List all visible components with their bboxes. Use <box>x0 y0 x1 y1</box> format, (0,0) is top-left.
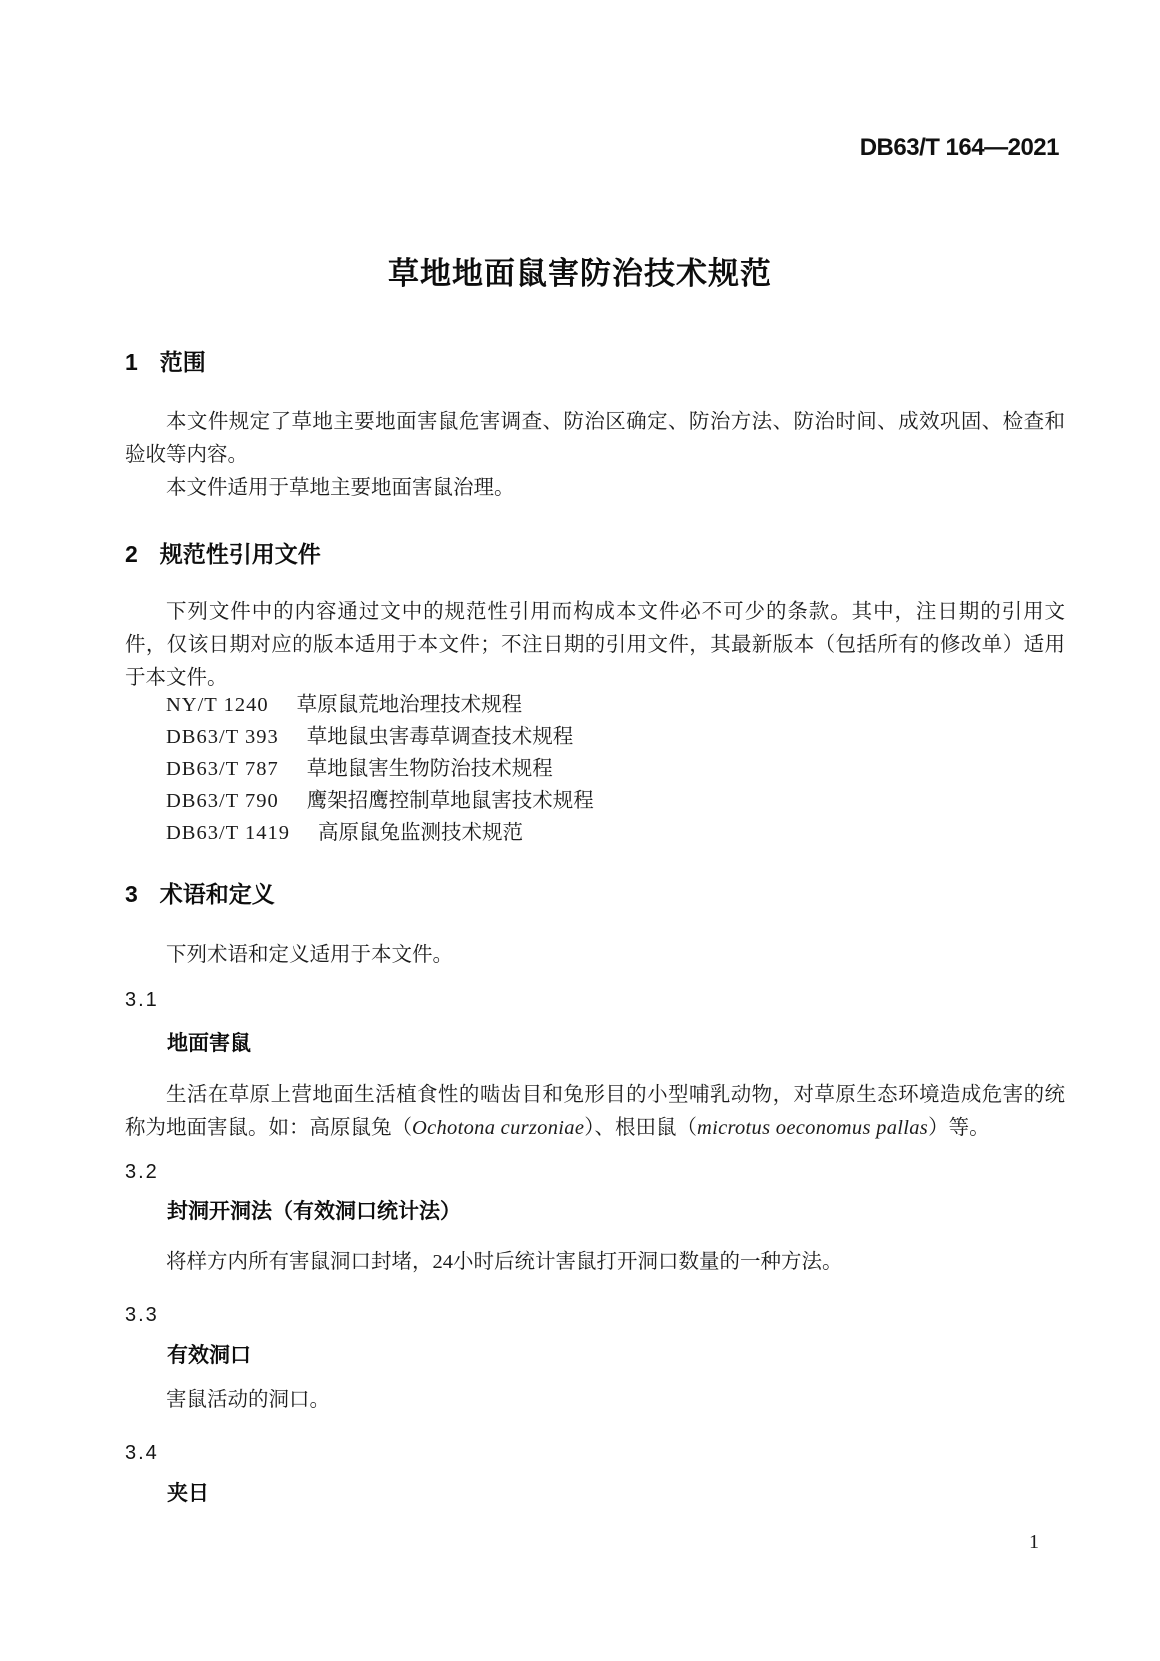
section-1-number: 1 <box>125 349 138 375</box>
reference-title: 草地鼠害生物防治技术规程 <box>307 758 553 780</box>
reference-item: DB63/T 1419高原鼠兔监测技术规范 <box>125 817 1065 849</box>
latin-species-name: microtus oeconomus pallas <box>697 1117 928 1139</box>
section-3-title: 术语和定义 <box>160 881 275 907</box>
section-1-heading: 1范围 <box>125 348 1065 376</box>
term-name: 夹日 <box>167 1481 209 1507</box>
reference-item: DB63/T 790鹰架招鹰控制草地鼠害技术规程 <box>125 785 1065 817</box>
term-definition: 将样方内所有害鼠洞口封堵，24小时后统计害鼠打开洞口数量的一种方法。 <box>125 1246 1065 1279</box>
scope-paragraph-2: 本文件适用于草地主要地面害鼠治理。 <box>125 472 1065 505</box>
reference-item: DB63/T 393草地鼠虫害毒草调查技术规程 <box>125 721 1065 753</box>
definition-text: ）等。 <box>928 1117 990 1139</box>
page-number: 1 <box>1029 1531 1039 1554</box>
reference-code: NY/T 1240 <box>166 694 269 716</box>
section-2-number: 2 <box>125 541 138 567</box>
normative-references-intro: 下列文件中的内容通过文中的规范性引用而构成本文件必不可少的条款。其中，注日期的引… <box>125 596 1065 695</box>
section-2-title: 规范性引用文件 <box>160 541 321 567</box>
reference-title: 草原鼠荒地治理技术规程 <box>297 694 523 716</box>
term-definition: 生活在草原上营地面生活植食性的啮齿目和兔形目的小型哺乳动物，对草原生态环境造成危… <box>125 1079 1065 1145</box>
term-name: 有效洞口 <box>167 1343 251 1369</box>
reference-code: DB63/T 1419 <box>166 822 290 844</box>
term-name: 地面害鼠 <box>167 1031 251 1057</box>
document-title: 草地地面鼠害防治技术规范 <box>0 248 1160 293</box>
section-3-heading: 3术语和定义 <box>125 880 1065 908</box>
reference-item: NY/T 1240草原鼠荒地治理技术规程 <box>125 689 1065 721</box>
term-number: 3.1 <box>125 988 159 1012</box>
reference-item: DB63/T 787草地鼠害生物防治技术规程 <box>125 753 1065 785</box>
reference-title: 草地鼠虫害毒草调查技术规程 <box>307 726 574 748</box>
definition-text: ）、根田鼠（ <box>584 1117 697 1139</box>
reference-code: DB63/T 787 <box>166 758 279 780</box>
document-page: DB63/T 164—2021 草地地面鼠害防治技术规范 1范围 本文件规定了草… <box>0 0 1160 1661</box>
section-1-title: 范围 <box>160 349 206 375</box>
reference-title: 鹰架招鹰控制草地鼠害技术规程 <box>307 790 594 812</box>
reference-list: NY/T 1240草原鼠荒地治理技术规程 DB63/T 393草地鼠虫害毒草调查… <box>125 689 1065 849</box>
term-definition: 害鼠活动的洞口。 <box>125 1384 1065 1417</box>
latin-species-name: Ochotona curzoniae <box>412 1117 584 1139</box>
term-name: 封洞开洞法（有效洞口统计法） <box>167 1199 461 1225</box>
section-3-number: 3 <box>125 881 138 907</box>
term-number: 3.2 <box>125 1160 159 1184</box>
reference-title: 高原鼠兔监测技术规范 <box>318 822 523 844</box>
reference-code: DB63/T 393 <box>166 726 279 748</box>
document-code: DB63/T 164—2021 <box>860 134 1059 162</box>
term-number: 3.3 <box>125 1303 159 1327</box>
section-2-heading: 2规范性引用文件 <box>125 540 1065 568</box>
scope-paragraph-1: 本文件规定了草地主要地面害鼠危害调查、防治区确定、防治方法、防治时间、成效巩固、… <box>125 406 1065 472</box>
reference-code: DB63/T 790 <box>166 790 279 812</box>
terms-intro: 下列术语和定义适用于本文件。 <box>125 939 1065 972</box>
term-number: 3.4 <box>125 1441 159 1465</box>
